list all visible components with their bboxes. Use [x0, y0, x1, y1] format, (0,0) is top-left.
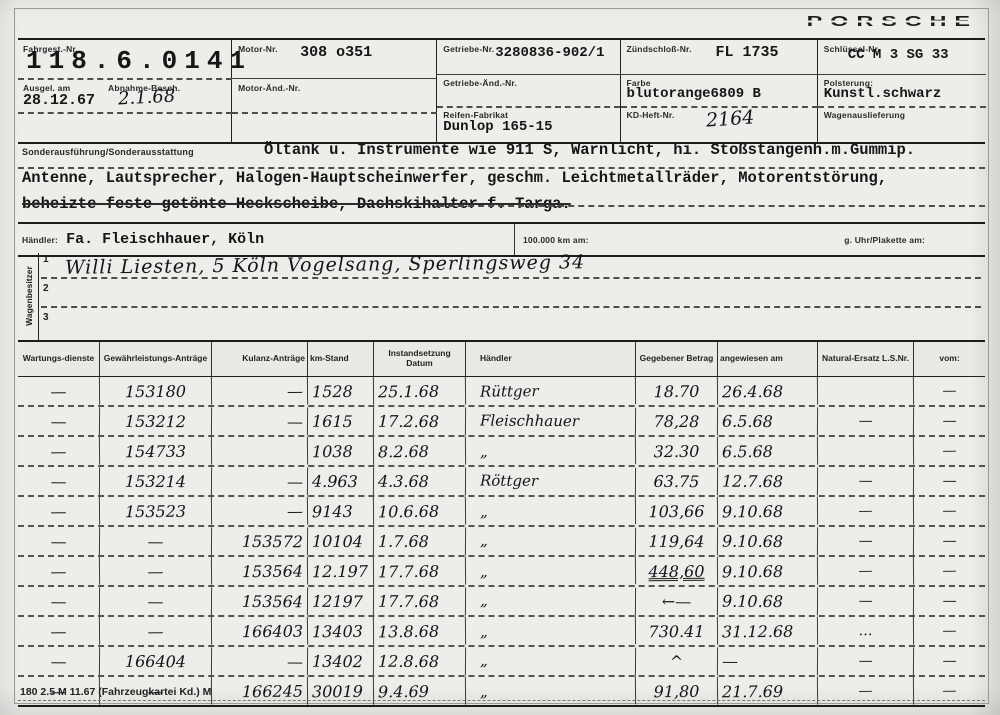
table-cell: — [212, 647, 308, 676]
column-header: Instandsetzung Datum [374, 342, 466, 376]
table-cell: 119,64 [636, 527, 718, 556]
engine-block: Motor-Nr. 308 o351 Motor-Änd.-Nr. [232, 40, 437, 142]
table-cell [212, 437, 308, 466]
table-row: —153214—4.9634.3.68Röttger63.7512.7.68—— [18, 467, 985, 497]
table-cell: — [100, 557, 212, 586]
ignition-lock-label: Zündschloß-Nr. [627, 44, 692, 54]
table-cell: „ [466, 526, 636, 555]
table-cell: — [18, 617, 100, 646]
table-row: —15473310388.2.68„32.306.5.68— [18, 437, 985, 467]
table-cell: 26.4.68 [718, 377, 818, 406]
table-row: ——1535641219717.7.68„←—9.10.68—— [18, 587, 985, 617]
owner-rows: 1 Willi Liesten, 5 Köln Vogelsang, Sperl… [39, 253, 985, 340]
table-cell: 1038 [308, 437, 374, 466]
owner-row-number: 3 [43, 312, 49, 323]
key-value: CC M 3 SG 33 [848, 47, 949, 63]
owner-section: Wagenbesitzer 1 Willi Liesten, 5 Köln Vo… [18, 253, 985, 340]
table-cell: — [718, 647, 818, 676]
table-cell: 17.7.68 [374, 587, 466, 616]
service-table: Wartungs-diensteGewährleistungs-AnträgeK… [18, 340, 985, 707]
table-cell: 166245 [212, 677, 308, 706]
form-number: 180 2.5 M 11.67 (Fahrzeugkartei Kd.) M [20, 686, 211, 698]
color-value: blutorange6809 B [627, 86, 761, 102]
table-cell: Rüttger [466, 376, 636, 405]
owner-name-address: Willi Liesten, 5 Köln Vogelsang, Sperlin… [65, 251, 585, 278]
table-cell: 1.7.68 [374, 527, 466, 556]
vehicle-record-card: PORSCHE Fahrgest.-Nr. 118.6.0141 Ausgel.… [0, 0, 1000, 715]
table-cell: 9.4.69 [374, 677, 466, 706]
table-cell: 448,60 [636, 557, 718, 586]
clock-badge-label: g. Uhr/Plakette am: [844, 235, 925, 245]
table-cell: 4.3.68 [374, 467, 466, 496]
table-cell: — [212, 497, 308, 526]
table-row: ——1664031340313.8.68„730.4131.12.68…— [18, 617, 985, 647]
table-cell: — [100, 617, 212, 646]
table-cell: 18.70 [636, 377, 718, 406]
table-cell: — [914, 377, 985, 406]
chassis-value: 118.6.0141 [26, 46, 252, 76]
column-header: km-Stand [308, 342, 374, 376]
table-cell: „ [466, 436, 636, 465]
table-cell: 6.5.68 [718, 437, 818, 466]
table-cell: — [914, 467, 985, 495]
chassis-block: Fahrgest.-Nr. 118.6.0141 Ausgel. am 28.1… [18, 40, 232, 142]
delivered-value: 28.12.67 [23, 92, 95, 109]
ignition-color-block: Zündschloß-Nr. FL 1735 Farbe blutorange6… [621, 40, 818, 142]
table-cell: — [914, 617, 985, 646]
table-row: ——15356412.19717.7.68„448,609.10.68—— [18, 557, 985, 587]
table-row: —166404—1340212.8.68„^——— [18, 647, 985, 677]
acceptance-value: 2.1.68 [117, 86, 175, 110]
service-booklet-value: 2164 [705, 106, 755, 131]
table-cell: 9.10.68 [718, 497, 818, 526]
column-header: Natural-Ersatz L.S.Nr. [818, 342, 914, 376]
service-booklet-label: KD-Heft-Nr. [627, 110, 675, 120]
table-cell: 153572 [212, 527, 308, 556]
special-equipment-line3: beheizte feste getönte Heckscheibe, Dach… [22, 195, 571, 213]
table-cell: 25.1.68 [374, 377, 466, 406]
table-cell: 153523 [100, 497, 212, 526]
key-upholstery-block: Schlüssel-Nr. CC M 3 SG 33 Polsterung: K… [818, 40, 985, 142]
special-equipment-line2: Antenne, Lautsprecher, Halogen-Hauptsche… [22, 169, 887, 187]
table-cell: 17.2.68 [374, 407, 466, 436]
table-cell: 103,66 [636, 497, 718, 526]
table-cell: — [914, 557, 985, 586]
table-cell: 153564 [212, 557, 308, 586]
service-table-header: Wartungs-diensteGewährleistungs-AnträgeK… [18, 342, 985, 377]
table-cell: 31.12.68 [718, 617, 818, 646]
column-header: vom: [914, 342, 985, 376]
table-cell: „ [466, 616, 636, 645]
table-cell: 12.197 [308, 557, 374, 586]
table-cell: ^ [636, 647, 718, 676]
table-cell: — [18, 557, 100, 586]
dealer-value: Fa. Fleischhauer, Köln [66, 231, 264, 248]
table-cell: 10104 [308, 527, 374, 555]
table-cell: — [818, 407, 914, 436]
service-table-body: —153180—152825.1.68Rüttger18.7026.4.68——… [18, 377, 985, 705]
gearbox-mod-label: Getriebe-Änd.-Nr. [443, 78, 517, 88]
table-cell: 1528 [308, 377, 374, 406]
table-cell: 63.75 [636, 467, 718, 496]
column-header: Kulanz-Anträge [212, 342, 308, 376]
porsche-logo: PORSCHE [807, 13, 978, 30]
owner-row-2: 2 [39, 282, 985, 311]
table-cell: „ [466, 556, 636, 585]
owner-row-3: 3 [39, 311, 985, 340]
table-cell: — [914, 407, 985, 435]
column-header: Gegebener Betrag [636, 342, 718, 376]
tires-value: Dunlop 165-15 [443, 119, 552, 135]
table-cell: — [18, 377, 100, 406]
column-header: Gewährleistungs-Anträge [100, 342, 212, 376]
table-cell: — [818, 587, 914, 616]
table-cell: — [212, 467, 308, 496]
table-cell: — [100, 587, 212, 616]
table-cell: 91,80 [636, 677, 718, 706]
table-cell: 166404 [100, 647, 212, 676]
table-cell: 153180 [100, 377, 212, 406]
table-cell [818, 437, 914, 466]
special-equipment-label: Sonderausführung/Sonderausstattung [22, 147, 194, 157]
table-cell: 17.7.68 [374, 557, 466, 586]
ignition-lock-value: FL 1735 [716, 44, 779, 61]
table-cell: — [818, 677, 914, 706]
table-cell: „ [466, 586, 636, 615]
table-row: —153212—161517.2.68Fleischhauer78,286.5.… [18, 407, 985, 437]
owner-row-number: 2 [43, 283, 49, 294]
table-cell: 12.7.68 [718, 467, 818, 496]
table-cell: — [818, 497, 914, 526]
table-cell: 12.8.68 [374, 647, 466, 676]
table-cell: — [18, 407, 100, 436]
table-cell: 30019 [308, 677, 374, 706]
table-cell: Röttger [466, 466, 636, 495]
table-cell: — [212, 377, 308, 406]
upholstery-value: Kunstl.schwarz [824, 86, 942, 102]
table-cell: 8.2.68 [374, 437, 466, 466]
table-cell: 9.10.68 [718, 527, 818, 556]
table-row: —153180—152825.1.68Rüttger18.7026.4.68— [18, 377, 985, 407]
owner-row-number: 1 [43, 254, 49, 265]
table-cell: — [914, 587, 985, 615]
table-cell: 730.41 [636, 617, 718, 646]
owner-row-1: 1 Willi Liesten, 5 Köln Vogelsang, Sperl… [39, 253, 985, 282]
table-cell: 12197 [308, 587, 374, 615]
column-header: angewiesen am [718, 342, 818, 376]
table-cell: — [18, 527, 100, 556]
table-cell: 32.30 [636, 437, 718, 466]
table-cell: — [818, 467, 914, 496]
table-row: —153523—914310.6.68„103,669.10.68—— [18, 497, 985, 527]
table-cell: „ [466, 646, 636, 675]
table-cell: — [914, 647, 985, 675]
table-row: ——153572101041.7.68„119,649.10.68—— [18, 527, 985, 557]
table-cell: — [914, 497, 985, 526]
column-header: Händler [466, 342, 636, 376]
table-cell: — [818, 527, 914, 556]
table-cell: — [100, 527, 212, 556]
table-cell: — [18, 437, 100, 466]
table-cell: 9.10.68 [718, 587, 818, 616]
special-equipment-line1: Öltank u. Instrumente wie 911 S, Warnlic… [264, 141, 915, 159]
table-cell: — [18, 647, 100, 676]
table-cell: … [818, 617, 914, 646]
engine-value: 308 o351 [300, 44, 372, 61]
engine-mod-label: Motor-Änd.-Nr. [238, 83, 300, 93]
id-grid: Fahrgest.-Nr. 118.6.0141 Ausgel. am 28.1… [18, 38, 985, 144]
table-cell: 78,28 [636, 407, 718, 436]
column-header: Wartungs-dienste [18, 342, 100, 376]
table-cell: 10.6.68 [374, 497, 466, 526]
gearbox-label: Getriebe-Nr. [443, 44, 494, 54]
engine-label: Motor-Nr. [238, 44, 278, 54]
table-cell: — [212, 407, 308, 436]
gearbox-block: Getriebe-Nr. 3280836-902/1 Getriebe-Änd.… [437, 40, 620, 142]
table-cell: 13.8.68 [374, 617, 466, 646]
table-cell: 166403 [212, 617, 308, 646]
special-equipment-section: Sonderausführung/Sonderausstattung Öltan… [18, 140, 985, 220]
table-cell: — [914, 677, 985, 706]
table-cell: Fleischhauer [466, 406, 636, 435]
table-cell: 9.10.68 [718, 557, 818, 586]
table-cell: 13402 [308, 647, 374, 675]
gearbox-value: 3280836-902/1 [495, 45, 604, 61]
table-cell: „ [466, 496, 636, 525]
table-cell: 4.963 [308, 467, 374, 495]
table-cell: „ [466, 676, 636, 705]
table-cell: — [818, 557, 914, 586]
footer-rule [18, 700, 985, 701]
owner-side-strip: Wagenbesitzer [18, 253, 39, 340]
km-100000-label: 100.000 km am: [523, 235, 589, 245]
table-cell: 1615 [308, 407, 374, 435]
table-cell: 21.7.69 [718, 677, 818, 706]
table-cell: 154733 [100, 437, 212, 466]
table-cell: — [18, 467, 100, 496]
owner-side-label: Wagenbesitzer [24, 256, 34, 336]
table-cell: — [18, 587, 100, 616]
table-cell: 153214 [100, 467, 212, 496]
table-cell: 6.5.68 [718, 407, 818, 436]
table-cell: 153212 [100, 407, 212, 436]
dealer-label: Händler: [22, 235, 58, 245]
table-cell: 9143 [308, 497, 374, 526]
table-cell: 153564 [212, 587, 308, 616]
delivery-label: Wagenauslieferung [824, 110, 906, 120]
table-cell: — [18, 497, 100, 526]
table-cell: — [818, 647, 914, 676]
table-cell: — [914, 527, 985, 555]
table-cell: — [914, 437, 985, 466]
table-cell [818, 377, 914, 406]
table-cell: ←— [636, 587, 718, 616]
table-cell: 13403 [308, 617, 374, 646]
